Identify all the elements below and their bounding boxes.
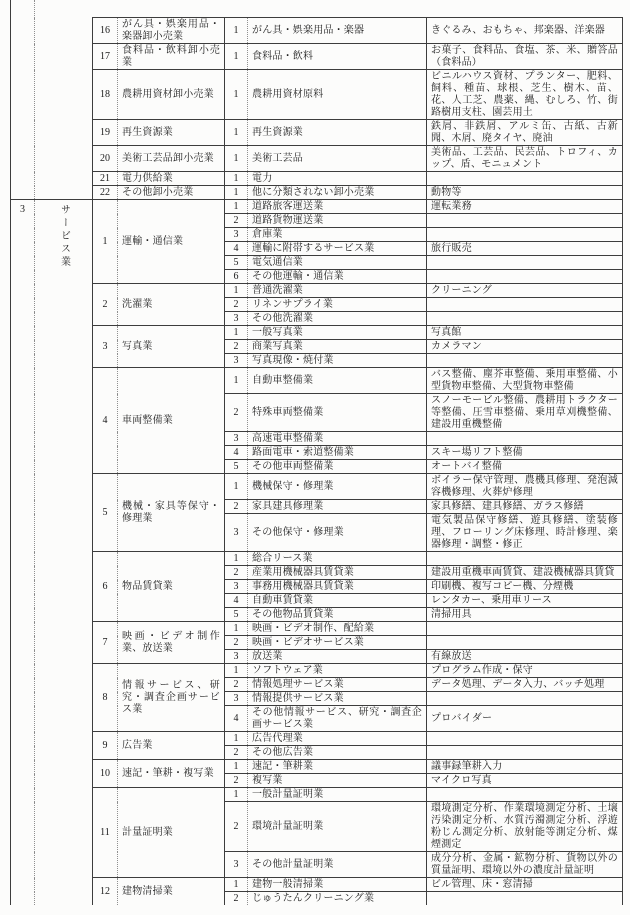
sub-name-cell: その他計量証明業 (248, 852, 427, 878)
sub-number-cell: 1 (225, 284, 248, 298)
examples-cell: お菓子、食料品、食塩、茶、米、贈答品（食料品） (427, 44, 623, 70)
sub-name-cell: 環境計量証明業 (248, 802, 427, 852)
sub-name-cell: 自動車賃貸業 (248, 594, 427, 608)
group-name-cell: 広告業 (118, 732, 225, 760)
sub-name-cell: 速記・筆耕業 (248, 760, 427, 774)
sub-number-cell: 1 (225, 474, 248, 500)
sub-number-cell: 2 (225, 214, 248, 228)
table-row: 12建物清掃業1建物一般清掃業ビル管理、床・窓清掃 (11, 878, 623, 892)
sub-name-cell: その他物品賃貸業 (248, 608, 427, 622)
sub-number-cell: 2 (225, 892, 248, 906)
sub-name-cell: 情報処理サービス業 (248, 678, 427, 692)
group-number-cell: 18 (93, 70, 118, 120)
document-page: 16がん具・娯楽用品・楽器卸小売業1がん具・娯楽用品・楽器きぐるみ、おもちゃ、邦… (0, 0, 630, 915)
sub-number-cell: 3 (225, 312, 248, 326)
examples-cell: 旅行販売 (427, 242, 623, 256)
examples-cell: マイクロ写真 (427, 774, 623, 788)
examples-cell: 有線放送 (427, 650, 623, 664)
examples-cell: 動物等 (427, 186, 623, 200)
sub-name-cell: 複写業 (248, 774, 427, 788)
examples-cell: プロバイダー (427, 706, 623, 732)
group-number-cell: 11 (93, 788, 118, 878)
group-number-cell: 3 (93, 326, 118, 368)
group-number-cell: 22 (93, 186, 118, 200)
sub-number-cell: 1 (225, 622, 248, 636)
sub-number-cell: 5 (225, 256, 248, 270)
major-name-cell (35, 18, 93, 200)
group-number-cell: 6 (93, 552, 118, 622)
left-dotted-rule-continuation (34, 0, 35, 18)
sub-name-cell: 食料品・飲料 (248, 44, 427, 70)
examples-cell (427, 298, 623, 312)
table-row: 4車両整備業1自動車整備業バス整備、塵芥車整備、乗用車整備、小型貨物車整備、大型… (11, 368, 623, 394)
examples-cell (427, 746, 623, 760)
examples-cell: きぐるみ、おもちゃ、邦楽器、洋楽器 (427, 18, 623, 44)
major-number-cell: 3 (11, 200, 35, 906)
sub-name-cell: 他に分類されない卸小売業 (248, 186, 427, 200)
examples-cell: 建設用重機車両賃貸、建設機械器具賃貸 (427, 566, 623, 580)
sub-number-cell: 1 (225, 788, 248, 802)
examples-cell: 印刷機、複写コピー機、分煙機 (427, 580, 623, 594)
sub-number-cell: 3 (225, 354, 248, 368)
sub-name-cell: 放送業 (248, 650, 427, 664)
examples-cell: 清掃用具 (427, 608, 623, 622)
examples-cell (427, 214, 623, 228)
left-rule-continuation (10, 0, 11, 18)
group-number-cell: 9 (93, 732, 118, 760)
examples-cell: レンタカー、乗用車リース (427, 594, 623, 608)
sub-number-cell: 3 (225, 852, 248, 878)
group-number-cell: 8 (93, 664, 118, 732)
sub-name-cell: 家具建具修理業 (248, 500, 427, 514)
table-row: 3サービス業1運輸・通信業1道路旅客運送業運転業務 (11, 200, 623, 214)
sub-number-cell: 3 (225, 650, 248, 664)
sub-number-cell: 2 (225, 774, 248, 788)
group-name-cell: 食料品・飲料卸小売業 (118, 44, 225, 70)
examples-cell (427, 172, 623, 186)
group-number-cell: 16 (93, 18, 118, 44)
sub-name-cell: 電気通信業 (248, 256, 427, 270)
sub-number-cell: 1 (225, 18, 248, 44)
table-row: 9広告業1広告代理業 (11, 732, 623, 746)
group-name-cell: 物品賃貸業 (118, 552, 225, 622)
group-name-cell: 速記・筆耕・複写業 (118, 760, 225, 788)
sub-name-cell: 映画・ビデオ制作、配給業 (248, 622, 427, 636)
sub-name-cell: 道路旅客運送業 (248, 200, 427, 214)
table-row: 21電力供給業1電力 (11, 172, 623, 186)
table-row: 16がん具・娯楽用品・楽器卸小売業1がん具・娯楽用品・楽器きぐるみ、おもちゃ、邦… (11, 18, 623, 44)
sub-number-cell: 1 (225, 146, 248, 172)
examples-cell: スノーモービル整備、農耕用トラクター等整備、圧雪車整備、乗用草刈機整備、建設用重… (427, 394, 623, 432)
sub-number-cell: 2 (225, 746, 248, 760)
sub-name-cell: 建物一般清掃業 (248, 878, 427, 892)
sub-number-cell: 5 (225, 608, 248, 622)
group-number-cell: 20 (93, 146, 118, 172)
sub-number-cell: 1 (225, 878, 248, 892)
sub-number-cell: 1 (225, 200, 248, 214)
group-name-cell: 運輸・通信業 (118, 200, 225, 284)
sub-number-cell: 1 (225, 70, 248, 120)
table-row: 20美術工芸品卸小売業1美術工芸品美術品、工芸品、民芸品、トロフィ、カップ、盾、… (11, 146, 623, 172)
sub-number-cell: 2 (225, 636, 248, 650)
group-name-cell: 機械・家具等保守・修理業 (118, 474, 225, 552)
sub-name-cell: 電力 (248, 172, 427, 186)
sub-number-cell: 1 (225, 664, 248, 678)
classification-table: 16がん具・娯楽用品・楽器卸小売業1がん具・娯楽用品・楽器きぐるみ、おもちゃ、邦… (10, 17, 623, 905)
group-name-cell: 美術工芸品卸小売業 (118, 146, 225, 172)
group-name-cell: 車両整備業 (118, 368, 225, 474)
sub-number-cell: 2 (225, 340, 248, 354)
sub-name-cell: 商業写真業 (248, 340, 427, 354)
sub-name-cell: 運輸に附帯するサービス業 (248, 242, 427, 256)
sub-name-cell: その他洗濯業 (248, 312, 427, 326)
group-number-cell: 1 (93, 200, 118, 284)
examples-cell: スキー場リフト整備 (427, 446, 623, 460)
group-number-cell: 19 (93, 120, 118, 146)
sub-number-cell: 4 (225, 594, 248, 608)
sub-name-cell: 映画・ビデオサービス業 (248, 636, 427, 650)
examples-cell: 環境測定分析、作業環境測定分析、土壌汚染測定分析、水質汚濁測定分析、浮遊粉じん測… (427, 802, 623, 852)
sub-number-cell: 1 (225, 186, 248, 200)
group-name-cell: 映画・ビデオ制作業、放送業 (118, 622, 225, 664)
group-name-cell: 建物清掃業 (118, 878, 225, 906)
sub-number-cell: 5 (225, 460, 248, 474)
sub-number-cell: 1 (225, 732, 248, 746)
sub-name-cell: 路面電車・索道整備業 (248, 446, 427, 460)
sub-name-cell: その他保守・修理業 (248, 514, 427, 552)
sub-name-cell: 事務用機械器具賃貸業 (248, 580, 427, 594)
major-number-cell (11, 18, 35, 200)
sub-number-cell: 2 (225, 678, 248, 692)
major-name-vertical-text: サービス業 (58, 204, 70, 269)
sub-name-cell: 総合リース業 (248, 552, 427, 566)
sub-name-cell: 高速電車整備業 (248, 432, 427, 446)
sub-name-cell: ソフトウェア業 (248, 664, 427, 678)
sub-number-cell: 2 (225, 394, 248, 432)
sub-number-cell: 2 (225, 298, 248, 312)
sub-name-cell: 広告代理業 (248, 732, 427, 746)
sub-number-cell: 1 (225, 172, 248, 186)
sub-number-cell: 1 (225, 760, 248, 774)
sub-name-cell: 倉庫業 (248, 228, 427, 242)
examples-cell: ボイラー保守管理、農機具修理、発泡減容機修理、火葬炉修理 (427, 474, 623, 500)
examples-cell: カメラマン (427, 340, 623, 354)
sub-number-cell: 3 (225, 580, 248, 594)
group-name-cell: 再生資源業 (118, 120, 225, 146)
sub-name-cell: 農耕用資材原料 (248, 70, 427, 120)
table-row: 17食料品・飲料卸小売業1食料品・飲料お菓子、食料品、食塩、茶、米、贈答品（食料… (11, 44, 623, 70)
examples-cell: 議事録筆耕入力 (427, 760, 623, 774)
sub-name-cell: 普通洗濯業 (248, 284, 427, 298)
sub-name-cell: 機械保守・修理業 (248, 474, 427, 500)
sub-number-cell: 3 (225, 228, 248, 242)
table-row: 5機械・家具等保守・修理業1機械保守・修理業ボイラー保守管理、農機具修理、発泡減… (11, 474, 623, 500)
examples-cell: 鉄屑、非鉄屑、アルミ缶、古紙、古新聞、木屑、廃タイヤ、廃油 (427, 120, 623, 146)
sub-number-cell: 3 (225, 692, 248, 706)
examples-cell: データ処理、データ入力、バッチ処理 (427, 678, 623, 692)
examples-cell: 写真館 (427, 326, 623, 340)
examples-cell (427, 732, 623, 746)
sub-name-cell: 自動車整備業 (248, 368, 427, 394)
examples-cell: 成分分析、金属・鉱物分析、貨物以外の質量証明、環境以外の濃度計量証明 (427, 852, 623, 878)
examples-cell (427, 692, 623, 706)
sub-name-cell: 一般写真業 (248, 326, 427, 340)
sub-number-cell: 4 (225, 706, 248, 732)
table-row: 10速記・筆耕・複写業1速記・筆耕業議事録筆耕入力 (11, 760, 623, 774)
table-row: 18農耕用資材卸小売業1農耕用資材原料ビニルハウス資材、プランター、肥料、飼料、… (11, 70, 623, 120)
examples-cell (427, 622, 623, 636)
sub-number-cell: 3 (225, 432, 248, 446)
group-number-cell: 21 (93, 172, 118, 186)
table-row: 22その他卸小売業1他に分類されない卸小売業動物等 (11, 186, 623, 200)
table-row: 7映画・ビデオ制作業、放送業1映画・ビデオ制作、配給業 (11, 622, 623, 636)
sub-name-cell: 特殊車両整備業 (248, 394, 427, 432)
group-number-cell: 17 (93, 44, 118, 70)
group-name-cell: がん具・娯楽用品・楽器卸小売業 (118, 18, 225, 44)
group-name-cell: 写真業 (118, 326, 225, 368)
sub-number-cell: 1 (225, 120, 248, 146)
examples-cell: ビル管理、床・窓清掃 (427, 878, 623, 892)
sub-name-cell: その他広告業 (248, 746, 427, 760)
sub-number-cell: 1 (225, 368, 248, 394)
group-name-cell: 計量証明業 (118, 788, 225, 878)
sub-number-cell: 1 (225, 326, 248, 340)
table-row: 19再生資源業1再生資源業鉄屑、非鉄屑、アルミ缶、古紙、古新聞、木屑、廃タイヤ、… (11, 120, 623, 146)
examples-cell (427, 354, 623, 368)
examples-cell: オートバイ整備 (427, 460, 623, 474)
sub-name-cell: 写真現像・焼付業 (248, 354, 427, 368)
examples-cell (427, 312, 623, 326)
examples-cell (427, 228, 623, 242)
group-number-cell: 12 (93, 878, 118, 906)
examples-cell (427, 636, 623, 650)
examples-cell: ビニルハウス資材、プランター、肥料、飼料、種苗、球根、芝生、樹木、苗、花、人工芝… (427, 70, 623, 120)
examples-cell: バス整備、塵芥車整備、乗用車整備、小型貨物車整備、大型貨物車整備 (427, 368, 623, 394)
sub-name-cell: 道路貨物運送業 (248, 214, 427, 228)
group-number-cell: 10 (93, 760, 118, 788)
table-row: 11計量証明業1一般計量証明業 (11, 788, 623, 802)
sub-name-cell: 一般計量証明業 (248, 788, 427, 802)
sub-name-cell: 産業用機械器具賃貸業 (248, 566, 427, 580)
examples-cell: 美術品、工芸品、民芸品、トロフィ、カップ、盾、モニュメント (427, 146, 623, 172)
sub-number-cell: 1 (225, 552, 248, 566)
table-row: 3写真業1一般写真業写真館 (11, 326, 623, 340)
group-number-cell: 7 (93, 622, 118, 664)
examples-cell (427, 270, 623, 284)
sub-name-cell: 美術工芸品 (248, 146, 427, 172)
examples-cell: 運転業務 (427, 200, 623, 214)
sub-name-cell: リネンサプライ業 (248, 298, 427, 312)
sub-number-cell: 3 (225, 514, 248, 552)
examples-cell: プログラム作成・保守 (427, 664, 623, 678)
major-name-cell: サービス業 (35, 200, 93, 906)
sub-number-cell: 2 (225, 566, 248, 580)
sub-number-cell: 4 (225, 446, 248, 460)
sub-name-cell: その他情報サービス、研究・調査企画サービス業 (248, 706, 427, 732)
examples-cell (427, 432, 623, 446)
examples-cell: 電気製品保守修繕、遊具修繕、塗装修理、フローリング床修理、時計修理、楽器修理・調… (427, 514, 623, 552)
examples-cell: クリーニング (427, 284, 623, 298)
table-row: 2洗濯業1普通洗濯業クリーニング (11, 284, 623, 298)
examples-cell (427, 256, 623, 270)
examples-cell (427, 788, 623, 802)
sub-number-cell: 6 (225, 270, 248, 284)
group-name-cell: 農耕用資材卸小売業 (118, 70, 225, 120)
sub-name-cell: その他運輸・通信業 (248, 270, 427, 284)
group-name-cell: 電力供給業 (118, 172, 225, 186)
sub-number-cell: 2 (225, 500, 248, 514)
sub-name-cell: その他車両整備業 (248, 460, 427, 474)
sub-number-cell: 2 (225, 802, 248, 852)
group-number-cell: 5 (93, 474, 118, 552)
examples-cell (427, 892, 623, 906)
group-name-cell: その他卸小売業 (118, 186, 225, 200)
table-row: 8情報サービス、研究・調査企画サービス業1ソフトウェア業プログラム作成・保守 (11, 664, 623, 678)
table-body: 16がん具・娯楽用品・楽器卸小売業1がん具・娯楽用品・楽器きぐるみ、おもちゃ、邦… (11, 18, 623, 906)
sub-name-cell: 情報提供サービス業 (248, 692, 427, 706)
table-row: 6物品賃貸業1総合リース業 (11, 552, 623, 566)
sub-name-cell: 再生資源業 (248, 120, 427, 146)
sub-name-cell: がん具・娯楽用品・楽器 (248, 18, 427, 44)
group-name-cell: 洗濯業 (118, 284, 225, 326)
group-number-cell: 4 (93, 368, 118, 474)
group-number-cell: 2 (93, 284, 118, 326)
sub-number-cell: 1 (225, 44, 248, 70)
group-name-cell: 情報サービス、研究・調査企画サービス業 (118, 664, 225, 732)
examples-cell (427, 552, 623, 566)
sub-number-cell: 4 (225, 242, 248, 256)
examples-cell: 家具修繕、建具修繕、ガラス修繕 (427, 500, 623, 514)
sub-name-cell: じゅうたんクリーニング業 (248, 892, 427, 906)
